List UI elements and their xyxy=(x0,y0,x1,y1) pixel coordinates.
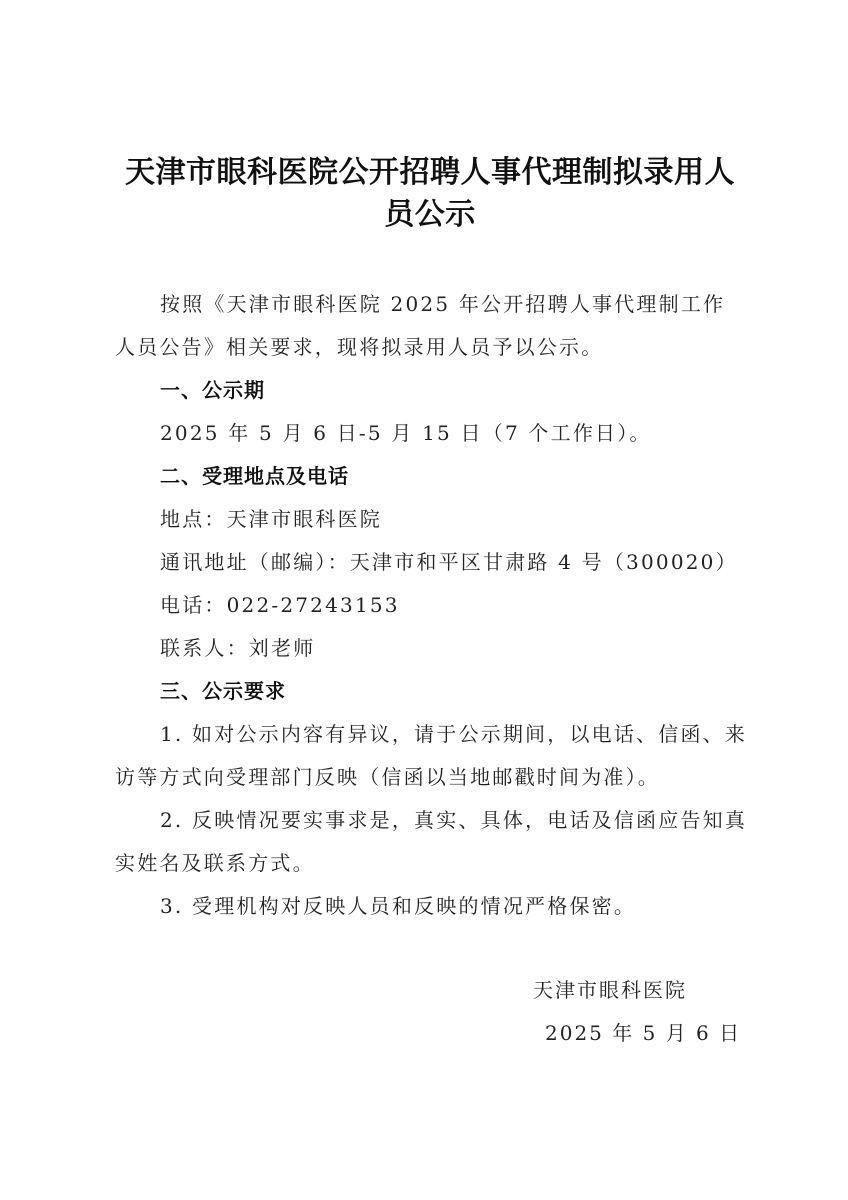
section-3-heading: 三、公示要求 xyxy=(160,678,286,704)
signature-organization: 天津市眼科医院 xyxy=(533,977,687,1003)
requirement-2-line-2: 实姓名及联系方式。 xyxy=(115,850,315,876)
title-line-2: 员公示 xyxy=(100,194,760,236)
intro-paragraph-line-1: 按照《天津市眼科医院 2025 年公开招聘人事代理制工作 xyxy=(160,291,725,317)
signature-date: 2025 年 5 月 6 日 xyxy=(545,1020,741,1046)
document-title: 天津市眼科医院公开招聘人事代理制拟录用人 员公示 xyxy=(100,152,760,236)
publicity-period: 2025 年 5 月 6 日-5 月 15 日（7 个工作日）。 xyxy=(160,420,652,446)
document-page: 天津市眼科医院公开招聘人事代理制拟录用人 员公示 按照《天津市眼科医院 2025… xyxy=(0,0,848,1200)
section-2-heading: 二、受理地点及电话 xyxy=(160,463,349,489)
title-line-1: 天津市眼科医院公开招聘人事代理制拟录用人 xyxy=(100,152,760,194)
location-text: 地点：天津市眼科医院 xyxy=(160,506,382,532)
requirement-2-line-1: 2. 反映情况要实事求是，真实、具体，电话及信函应告知真 xyxy=(160,807,747,833)
intro-paragraph-line-2: 人员公告》相关要求，现将拟录用人员予以公示。 xyxy=(115,334,603,360)
requirement-3: 3. 受理机构对反映人员和反映的情况严格保密。 xyxy=(160,893,636,919)
contact-text: 联系人：刘老师 xyxy=(160,635,315,661)
section-1-heading: 一、公示期 xyxy=(160,377,265,403)
requirement-1-line-2: 访等方式向受理部门反映（信函以当地邮戳时间为准）。 xyxy=(115,764,660,790)
requirement-1-line-1: 1. 如对公示内容有异议，请于公示期间，以电话、信函、来 xyxy=(160,721,747,747)
phone-text: 电话：022-27243153 xyxy=(160,592,400,618)
address-text: 通讯地址（邮编）：天津市和平区甘肃路 4 号（300020） xyxy=(160,549,738,575)
